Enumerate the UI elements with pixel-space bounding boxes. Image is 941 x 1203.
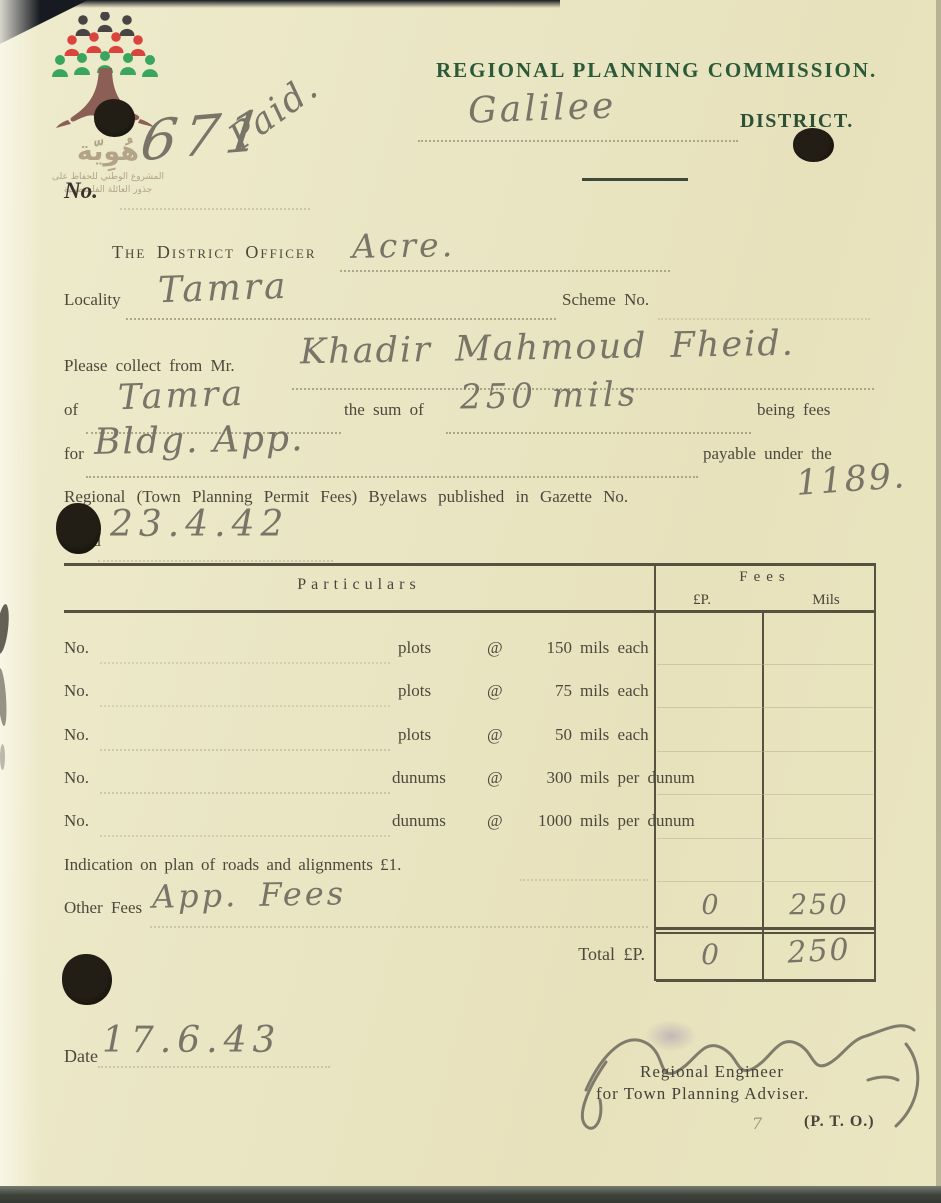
table-divider-lp-mils	[762, 613, 764, 981]
header-short-rule	[582, 178, 688, 181]
table-row-unit: plots	[398, 638, 431, 658]
table-row-no-label: No.	[64, 638, 89, 658]
table-row-per: mils each	[580, 638, 649, 658]
table-row-unit: dunums	[392, 768, 446, 788]
indication-row-label: Indication on plan of roads and alignmen…	[64, 855, 401, 875]
total-mils-value: 250	[785, 932, 853, 970]
other-fees-handwritten: App. Fees	[152, 874, 347, 915]
fee-cell-line	[657, 751, 873, 752]
paid-annotation: Paid.	[222, 67, 327, 159]
fee-cell-line	[657, 881, 873, 882]
district-line	[418, 140, 738, 142]
pto-label: (P. T. O.)	[804, 1113, 875, 1131]
district-label: DISTRICT.	[740, 110, 854, 133]
for-handwritten: Bldg. App.	[94, 418, 305, 463]
table-row-qty: 300	[516, 768, 572, 788]
logo-tagline-line1: المشروع الوطني للحفاظ على	[28, 172, 188, 182]
fee-cell-line	[657, 664, 873, 665]
scan-bottom-strip	[0, 1186, 941, 1203]
edge-smudge	[0, 744, 5, 770]
date-label: Date	[64, 1046, 98, 1067]
table-right-border	[874, 563, 876, 981]
payer-name-handwritten: Khadir Mahmoud Fheid.	[300, 324, 795, 373]
table-row-fill-line	[100, 749, 390, 751]
logo-tagline-line2: جذور العائلة الفلسطينية	[28, 185, 188, 195]
table-row-at: @	[487, 638, 503, 658]
table-row-no-label: No.	[64, 681, 89, 701]
locality-line	[126, 318, 556, 320]
hole-punch	[62, 954, 112, 1005]
page-mark: 7	[752, 1114, 762, 1133]
table-row-per: mils each	[580, 725, 649, 745]
fee-cell-line	[657, 838, 873, 839]
table-row-per: mils per dunum	[580, 768, 695, 788]
sum-line	[446, 432, 751, 434]
district-officer-handwritten: Acre.	[352, 225, 456, 266]
other-fees-mils-value: 250	[786, 888, 852, 921]
total-lp-value: 0	[690, 938, 730, 971]
hole-punch	[56, 503, 101, 554]
table-row-at: @	[487, 725, 503, 745]
table-row-fill-line	[100, 662, 390, 664]
regional-engineer-label: Regional Engineer	[640, 1062, 784, 1082]
table-top-rule	[64, 563, 876, 566]
mils-column-header: Mils	[796, 592, 856, 609]
of-handwritten: Tamra	[117, 374, 246, 418]
indication-row-line	[520, 879, 648, 881]
dated-line	[98, 560, 333, 562]
table-total-double-rule-upper	[656, 927, 874, 930]
table-row-at: @	[487, 768, 503, 788]
other-fees-line	[150, 926, 648, 928]
table-header-rule	[64, 610, 876, 613]
for-label: for	[64, 444, 84, 464]
scheme-no-label: Scheme No.	[562, 290, 649, 310]
being-fees-label: being fees	[757, 400, 830, 420]
district-officer-label: The District Officer	[112, 242, 317, 263]
for-line	[86, 476, 698, 478]
gazette-no-handwritten: 1189.	[795, 456, 908, 504]
table-row-qty: 150	[516, 638, 572, 658]
fee-cell-line	[657, 794, 873, 795]
district-handwritten-value: Galilee	[467, 85, 617, 131]
hole-punch	[94, 99, 135, 137]
total-label: Total £P.	[480, 944, 645, 965]
table-row-qty: 75	[516, 681, 572, 701]
of-label: of	[64, 400, 78, 420]
table-row-fill-line	[100, 705, 390, 707]
district-officer-line	[340, 270, 670, 272]
locality-label: Locality	[64, 290, 121, 310]
payable-label: payable under the	[703, 444, 832, 464]
dated-handwritten: 23.4.42	[110, 504, 289, 545]
table-row-qty: 1000	[516, 811, 572, 831]
date-handwritten: 17.6.43	[102, 1020, 281, 1061]
locality-handwritten: Tamra	[157, 266, 289, 312]
table-row-unit: dunums	[392, 811, 446, 831]
serial-no-label: No.	[64, 178, 98, 204]
other-fees-lp-value: 0	[690, 890, 730, 921]
lp-column-header: £P.	[672, 592, 732, 609]
table-row-fill-line	[100, 835, 390, 837]
commission-title: REGIONAL PLANNING COMMISSION.	[436, 58, 877, 83]
date-line	[98, 1066, 330, 1068]
serial-no-line	[120, 208, 310, 210]
scheme-no-line	[658, 318, 870, 320]
fees-header: Fees	[656, 569, 874, 586]
sum-handwritten: 250 mils	[460, 374, 640, 417]
table-row-unit: plots	[398, 681, 431, 701]
fee-cell-line	[657, 707, 873, 708]
particulars-header: Particulars	[64, 576, 654, 594]
hole-punch	[793, 128, 834, 162]
sum-label: the sum of	[344, 400, 424, 420]
table-row-at: @	[487, 681, 503, 701]
for-town-planning-adviser-label: for Town Planning Adviser.	[596, 1084, 809, 1104]
table-bottom-rule	[656, 979, 876, 982]
collect-from-label: Please collect from Mr.	[64, 356, 235, 376]
table-row-no-label: No.	[64, 725, 89, 745]
table-row-at: @	[487, 811, 503, 831]
table-row-per: mils each	[580, 681, 649, 701]
table-row-unit: plots	[398, 725, 431, 745]
scanned-document: هُوِيّة المشروع الوطني للحفاظ على جذور ا…	[0, 0, 941, 1203]
table-row-no-label: No.	[64, 768, 89, 788]
table-row-fill-line	[100, 792, 390, 794]
table-row-qty: 50	[516, 725, 572, 745]
table-row-no-label: No.	[64, 811, 89, 831]
other-fees-label: Other Fees	[64, 898, 142, 918]
table-row-per: mils per dunum	[580, 811, 695, 831]
